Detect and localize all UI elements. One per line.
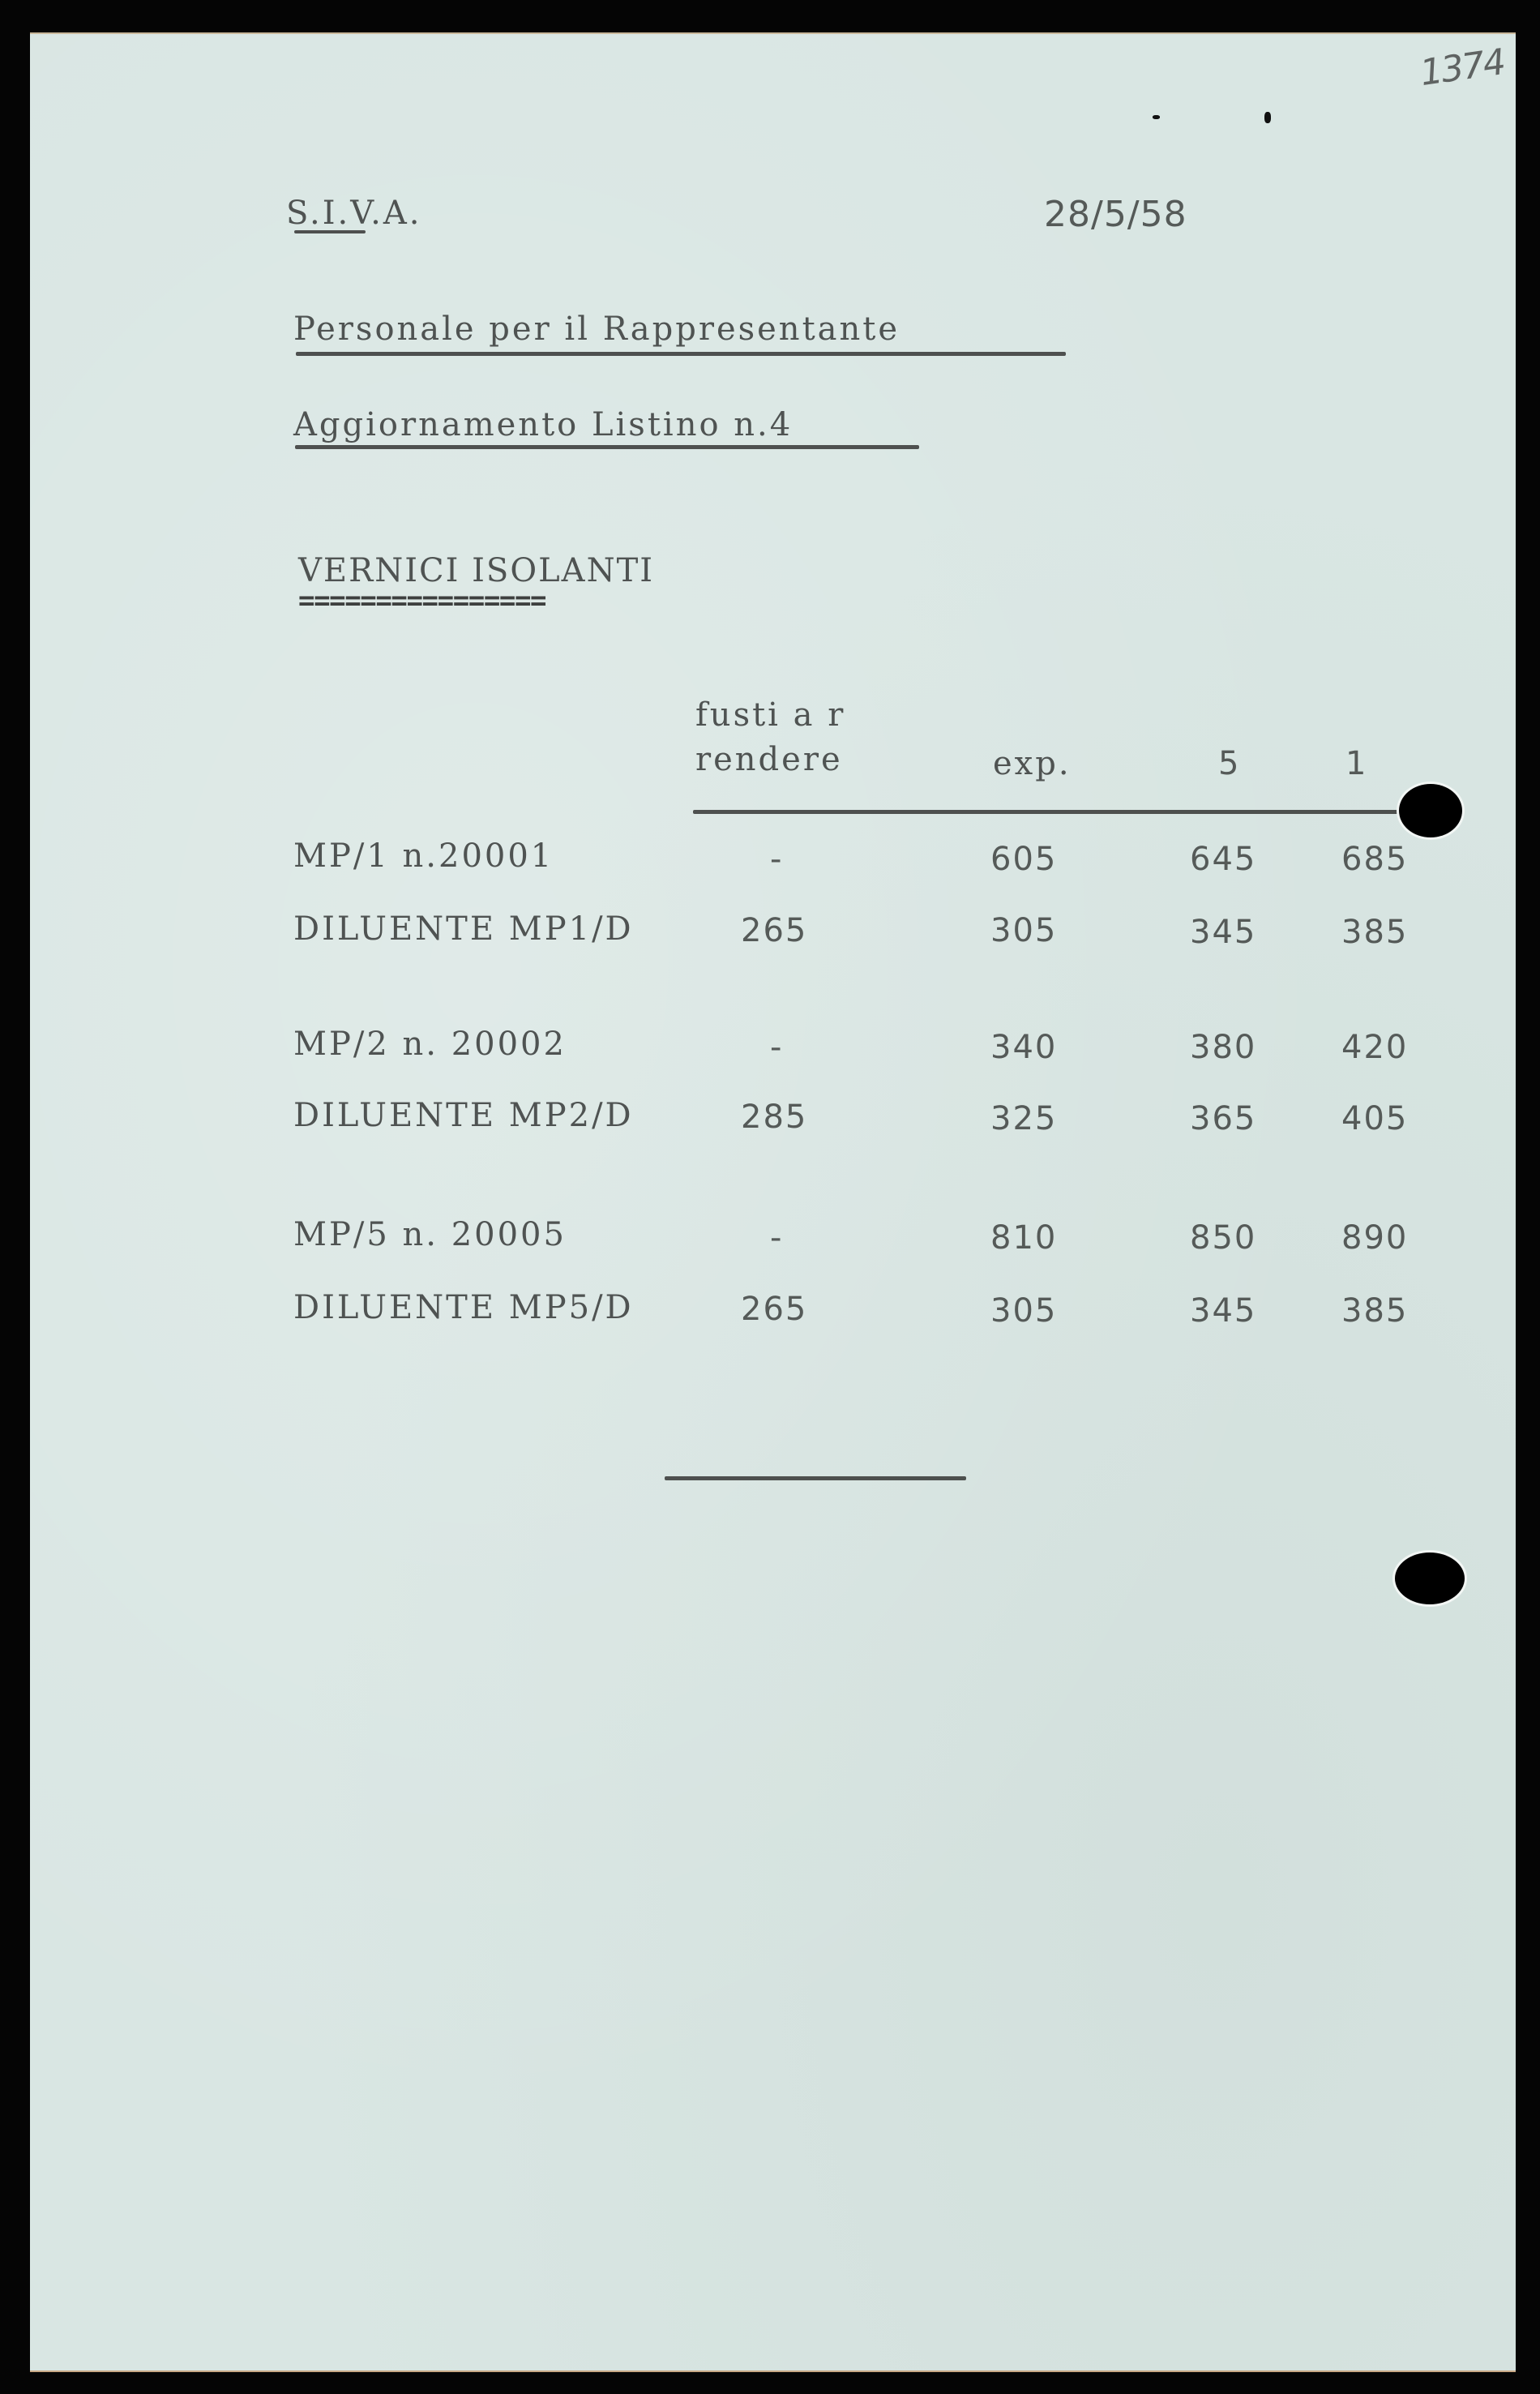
company-underline bbox=[294, 230, 366, 233]
row-fusti: 265 bbox=[741, 914, 807, 947]
subtitle-personale-underline bbox=[296, 352, 1066, 356]
ink-speck bbox=[1153, 115, 1160, 119]
row-exp: 340 bbox=[990, 1031, 1057, 1064]
row-product: MP/2 n. 20002 bbox=[293, 1028, 567, 1060]
closing-rule bbox=[665, 1476, 966, 1480]
row-exp: 305 bbox=[990, 914, 1057, 947]
header-rule bbox=[693, 810, 1406, 814]
header-exp: exp. bbox=[993, 747, 1072, 780]
document-date: 28/5/58 bbox=[1044, 197, 1187, 233]
subtitle-aggiornamento: Aggiornamento Listino n.4 bbox=[293, 409, 793, 441]
row-five: 850 bbox=[1190, 1222, 1256, 1254]
row-one: 385 bbox=[1341, 1295, 1408, 1327]
row-exp: 325 bbox=[990, 1103, 1057, 1135]
row-one: 890 bbox=[1341, 1222, 1408, 1254]
row-exp: 605 bbox=[990, 843, 1057, 876]
row-one: 405 bbox=[1341, 1103, 1408, 1135]
row-product: MP/5 n. 20005 bbox=[293, 1218, 567, 1251]
punch-hole-top bbox=[1399, 784, 1462, 837]
row-fusti: - bbox=[770, 1031, 783, 1064]
section-title: VERNICI ISOLANTI bbox=[298, 555, 654, 587]
punch-hole-bottom bbox=[1395, 1552, 1465, 1604]
document-page bbox=[30, 32, 1516, 2372]
row-one: 420 bbox=[1341, 1031, 1408, 1064]
row-five: 345 bbox=[1190, 1295, 1256, 1327]
row-fusti: 285 bbox=[741, 1101, 807, 1133]
row-product: DILUENTE MP5/D bbox=[293, 1291, 634, 1324]
row-one: 385 bbox=[1341, 916, 1408, 949]
row-product: MP/1 n.20001 bbox=[293, 840, 554, 872]
row-product: DILUENTE MP2/D bbox=[293, 1099, 634, 1132]
row-fusti: - bbox=[770, 1222, 783, 1254]
subtitle-personale: Personale per il Rappresentante bbox=[293, 313, 900, 345]
subtitle-aggiornamento-underline bbox=[295, 445, 919, 449]
row-five: 645 bbox=[1190, 843, 1256, 876]
row-exp: 810 bbox=[990, 1222, 1057, 1254]
row-five: 345 bbox=[1190, 916, 1256, 949]
header-5: 5 bbox=[1218, 747, 1240, 780]
header-fusti-line2: rendere bbox=[695, 743, 843, 776]
ink-speck bbox=[1264, 112, 1271, 123]
row-product: DILUENTE MP1/D bbox=[293, 913, 634, 945]
row-one: 685 bbox=[1341, 843, 1408, 876]
row-fusti: - bbox=[770, 843, 783, 876]
row-five: 380 bbox=[1190, 1031, 1256, 1064]
row-five: 365 bbox=[1190, 1103, 1256, 1135]
header-fusti-line1: fusti a r bbox=[695, 699, 845, 731]
row-exp: 305 bbox=[990, 1295, 1057, 1327]
company-name: S.I.V.A. bbox=[286, 197, 421, 229]
row-fusti: 265 bbox=[741, 1293, 807, 1325]
header-1: 1 bbox=[1345, 747, 1367, 780]
section-title-double-underline: ================ bbox=[298, 587, 545, 615]
